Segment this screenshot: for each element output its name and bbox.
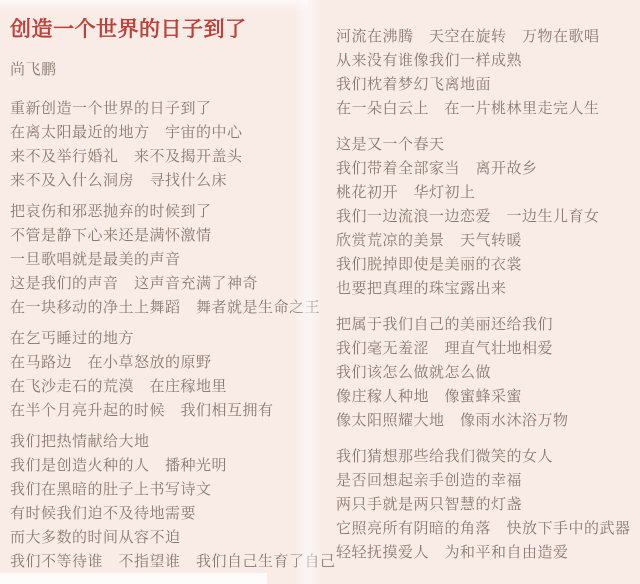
poem-line: 是否回想起亲手创造的幸福 [336, 469, 638, 493]
poem-line: 把哀伤和邪恶抛弃的时候到了 [10, 200, 312, 224]
poem-line: 不管是静下心来还是满怀激情 [10, 224, 312, 248]
poem-line: 一旦歌唱就是最美的声音 [10, 248, 312, 272]
poem-line: 像庄稼人种地 像蜜蜂采蜜 [336, 385, 638, 409]
bottom-left-white-strip [0, 573, 267, 584]
poem-line: 我们脱掉即使是美丽的衣裳 [336, 253, 638, 277]
poem-stanza: 把哀伤和邪恶抛弃的时候到了不管是静下心来还是满怀激情一旦歌唱就是最美的声音这是我… [10, 200, 312, 320]
poem-stanza: 河流在沸腾 天空在旋转 万物在歌唱从来没有谁像我们一样成熟我们枕着梦幻飞离地面在… [336, 25, 638, 121]
poem-line: 我们把热情献给大地 [10, 430, 312, 454]
poem-line: 从来没有谁像我们一样成熟 [336, 49, 638, 73]
poem-line: 我们不等待谁 不指望谁 我们自己生育了自己 [10, 550, 312, 574]
poem-line: 我们猜想那些给我们微笑的女人 [336, 445, 638, 469]
poem-line: 这是又一个春天 [336, 133, 638, 157]
poem-line: 桃花初开 华灯初上 [336, 181, 638, 205]
poem-author: 尚飞鹏 [10, 60, 312, 80]
poem-line: 轻轻抚摸爱人 为和平和自由造爱 [336, 541, 638, 565]
poem-line: 我们一边流浪一边恋爱 一边生儿育女 [336, 205, 638, 229]
poem-line: 我们该怎么做就怎么做 [336, 361, 638, 385]
poem-line: 像太阳照耀大地 像雨水沐浴万物 [336, 409, 638, 433]
right-column: 河流在沸腾 天空在旋转 万物在歌唱从来没有谁像我们一样成熟我们枕着梦幻飞离地面在… [336, 0, 638, 565]
poem-line: 在半个月亮升起的时候 我们相互拥有 [10, 399, 312, 423]
poem-page: 创造一个世界的日子到了 尚飞鹏 重新创造一个世界的日子到了在离太阳最近的地方 宇… [0, 0, 640, 584]
poem-stanza: 我们把热情献给大地我们是创造火种的人 播种光明我们在黑暗的肚子上书写诗文有时候我… [10, 430, 312, 574]
poem-line: 河流在沸腾 天空在旋转 万物在歌唱 [336, 25, 638, 49]
poem-line: 我们是创造火种的人 播种光明 [10, 454, 312, 478]
poem-line: 我们在黑暗的肚子上书写诗文 [10, 478, 312, 502]
poem-line: 两只手就是两只智慧的灯盏 [336, 493, 638, 517]
poem-stanza: 重新创造一个世界的日子到了在离太阳最近的地方 宇宙的中心来不及举行婚礼 来不及揭… [10, 97, 312, 193]
poem-stanza: 这是又一个春天我们带着全部家当 离开故乡桃花初开 华灯初上我们一边流浪一边恋爱 … [336, 133, 638, 301]
poem-line: 在飞沙走石的荒漠 在庄稼地里 [10, 375, 312, 399]
left-column-stanzas: 重新创造一个世界的日子到了在离太阳最近的地方 宇宙的中心来不及举行婚礼 来不及揭… [10, 97, 312, 574]
poem-line: 在一朵白云上 在一片桃林里走完人生 [336, 97, 638, 121]
poem-line: 重新创造一个世界的日子到了 [10, 97, 312, 121]
left-column: 创造一个世界的日子到了 尚飞鹏 重新创造一个世界的日子到了在离太阳最近的地方 宇… [10, 0, 312, 574]
poem-line: 欣赏荒凉的美景 天气转暖 [336, 229, 638, 253]
poem-line: 在乞丐睡过的地方 [10, 327, 312, 351]
poem-line: 来不及入什么洞房 寻找什么床 [10, 169, 312, 193]
poem-title: 创造一个世界的日子到了 [10, 16, 312, 44]
poem-stanza: 把属于我们自己的美丽还给我们我们毫无羞涩 理直气壮地相爱我们该怎么做就怎么做像庄… [336, 313, 638, 433]
poem-line: 这是我们的声音 这声音充满了神奇 [10, 272, 312, 296]
poem-line: 我们带着全部家当 离开故乡 [336, 157, 638, 181]
poem-line: 来不及举行婚礼 来不及揭开盖头 [10, 145, 312, 169]
right-column-stanzas: 河流在沸腾 天空在旋转 万物在歌唱从来没有谁像我们一样成熟我们枕着梦幻飞离地面在… [336, 25, 638, 565]
poem-line: 我们枕着梦幻飞离地面 [336, 73, 638, 97]
poem-line: 我们毫无羞涩 理直气壮地相爱 [336, 337, 638, 361]
poem-line: 在马路边 在小草怒放的原野 [10, 351, 312, 375]
poem-line: 在离太阳最近的地方 宇宙的中心 [10, 121, 312, 145]
poem-line: 也要把真理的珠宝露出来 [336, 277, 638, 301]
poem-stanza: 我们猜想那些给我们微笑的女人是否回想起亲手创造的幸福两只手就是两只智慧的灯盏它照… [336, 445, 638, 565]
poem-stanza: 在乞丐睡过的地方在马路边 在小草怒放的原野在飞沙走石的荒漠 在庄稼地里在半个月亮… [10, 327, 312, 423]
poem-line: 把属于我们自己的美丽还给我们 [336, 313, 638, 337]
poem-line: 而大多数的时间从容不迫 [10, 526, 312, 550]
poem-line: 有时候我们迫不及待地需要 [10, 502, 312, 526]
poem-line: 它照亮所有阴暗的角落 快放下手中的武器 [336, 517, 638, 541]
poem-line: 在一块移动的净土上舞蹈 舞者就是生命之王 [10, 296, 312, 320]
